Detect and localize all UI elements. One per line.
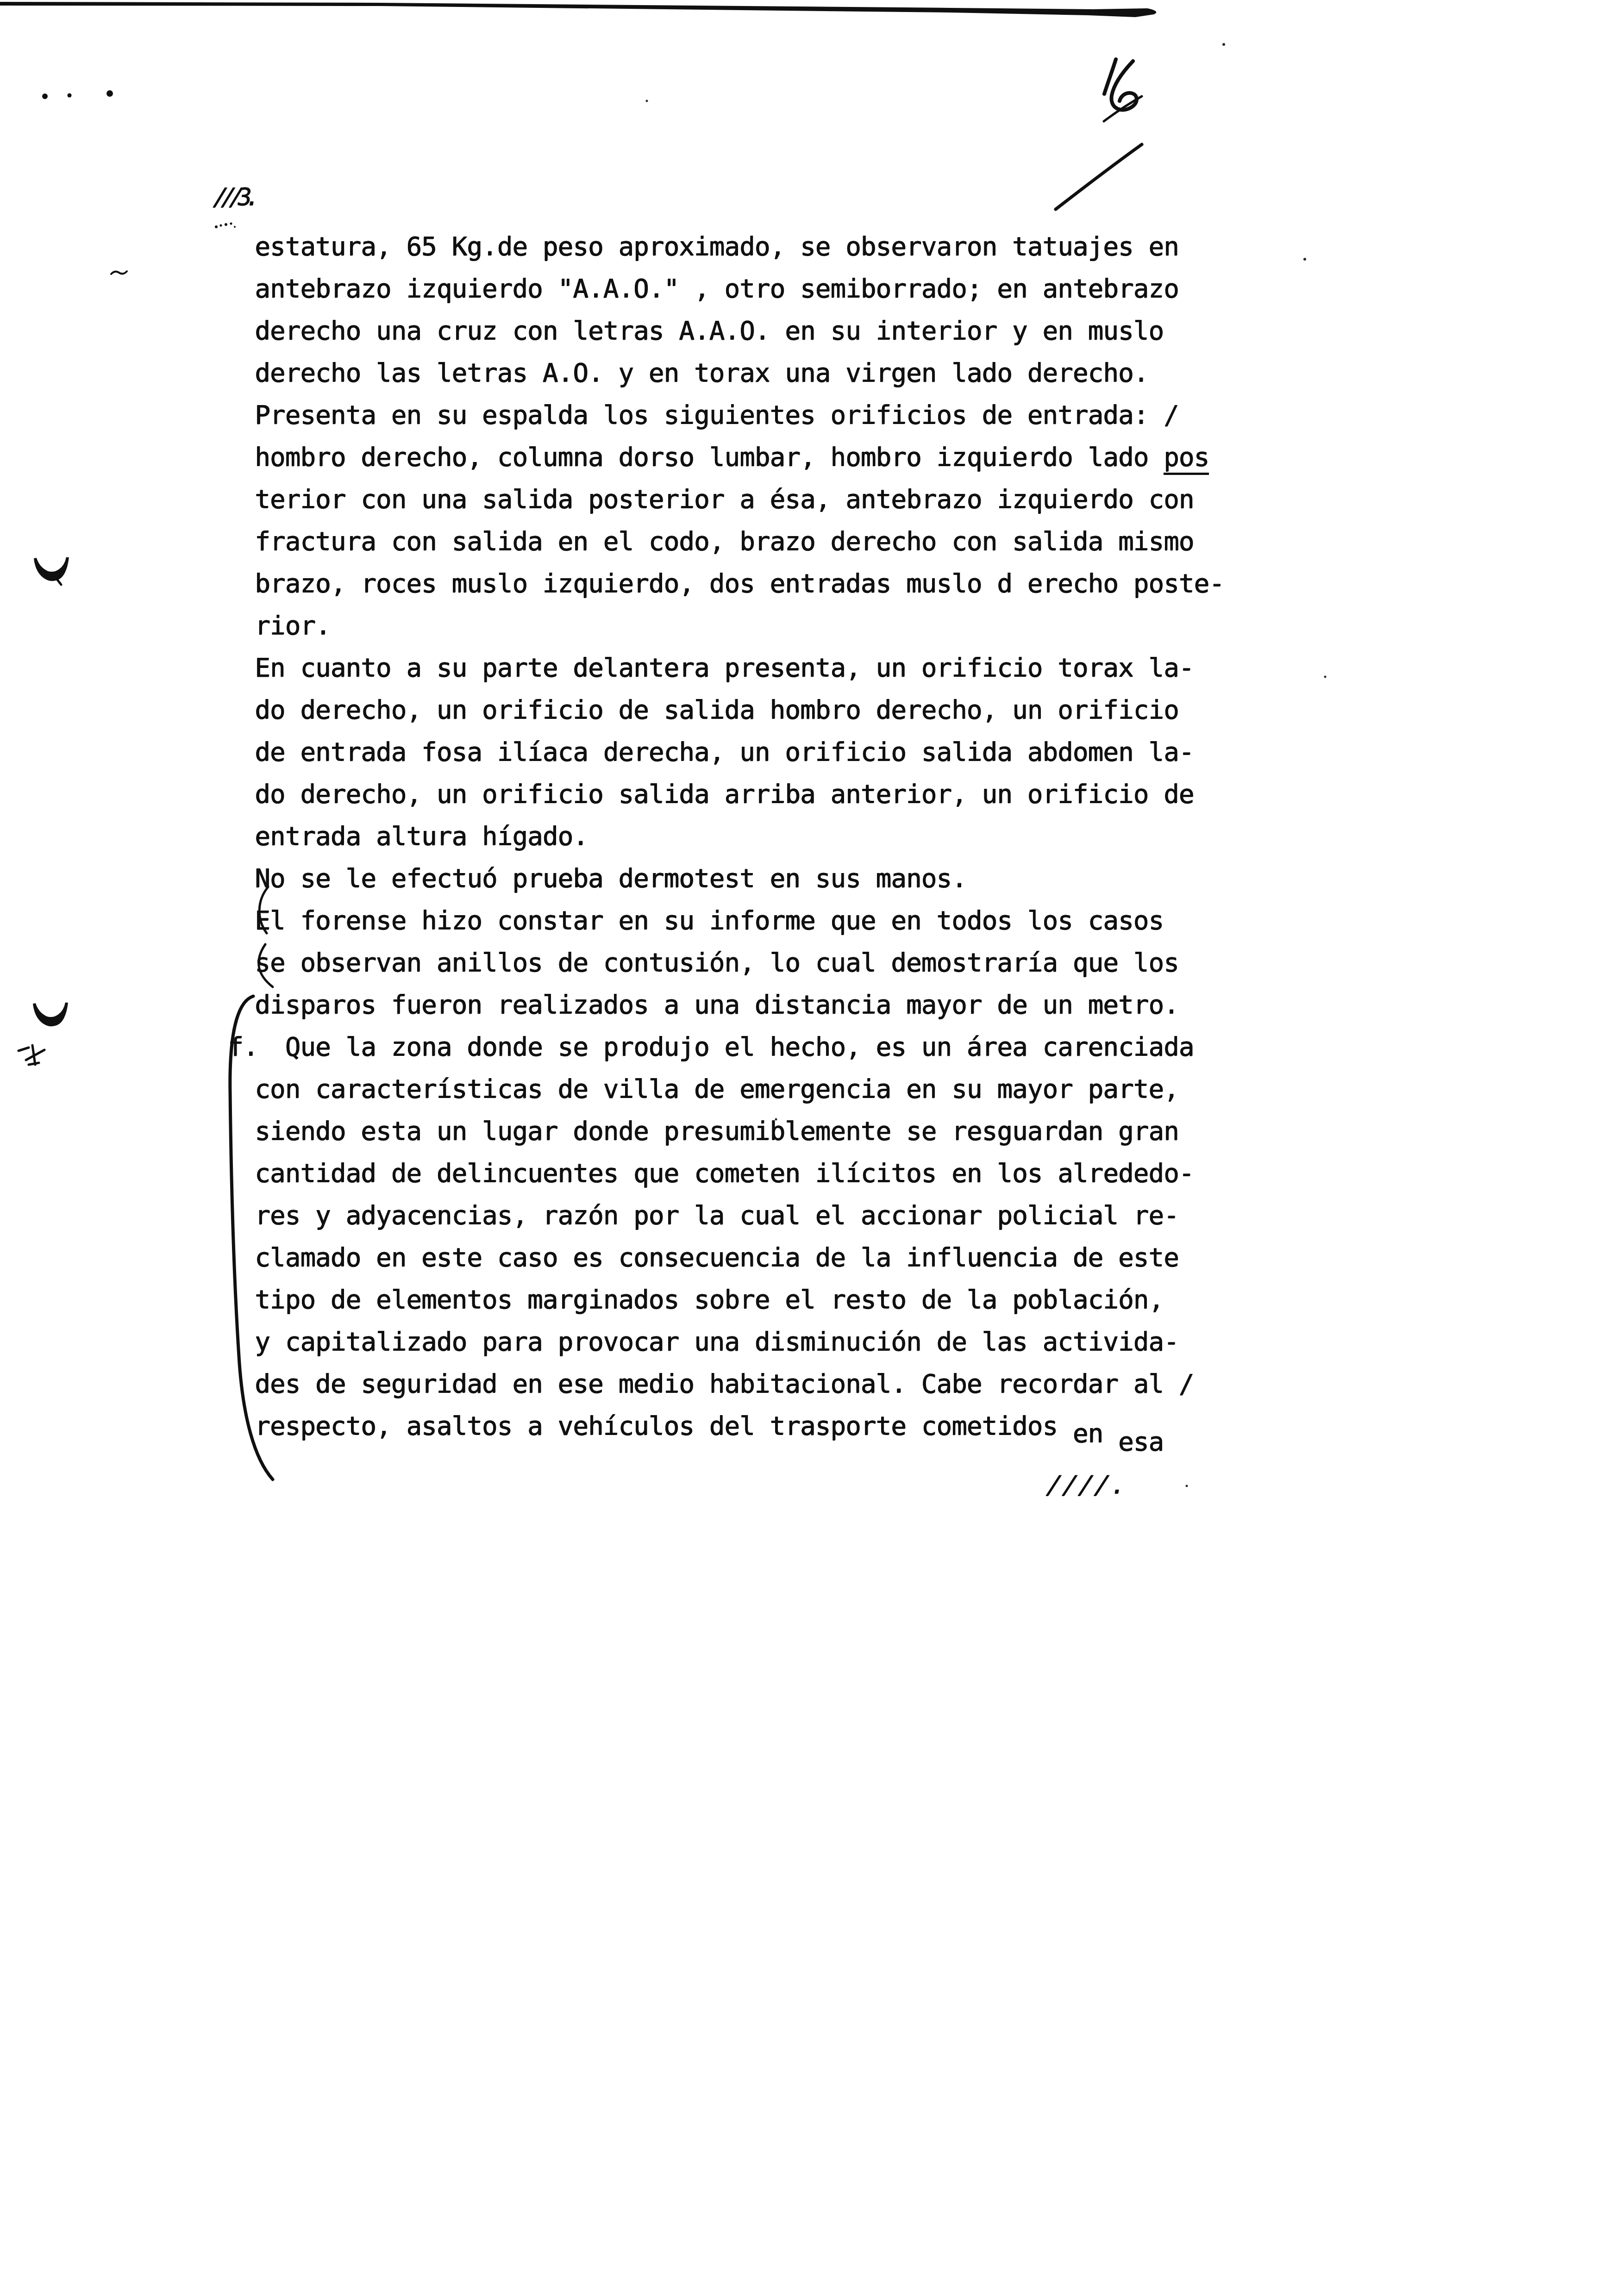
footer-continuation-marker: ////.	[1044, 1470, 1129, 1499]
text-segment: derecho una cruz con letras A.A.O. en su…	[255, 316, 1164, 346]
text-line: do derecho, un orificio de salida hombro…	[255, 695, 1227, 737]
margin-check-upper	[35, 557, 68, 580]
text-line: rior.	[255, 611, 1227, 653]
text-segment: estatura, 65 Kg.de peso aproximado, se o…	[255, 231, 1179, 262]
text-segment: Que la zona donde se produjo el hecho, e…	[285, 1032, 1194, 1062]
body-text: estatura, 65 Kg.de peso aproximado, se o…	[255, 231, 1227, 1453]
text-segment: tipo de elementos marginados sobre el re…	[255, 1285, 1164, 1315]
text-segment: con características de villa de emergenc…	[255, 1074, 1179, 1104]
text-segment: do derecho, un orificio salida arriba an…	[255, 779, 1194, 809]
text-line: respecto, asaltos a vehículos del traspo…	[255, 1411, 1227, 1453]
text-segment: fractura con salida en el codo, brazo de…	[255, 526, 1194, 556]
text-segment: brazo, roces muslo izquierdo, dos entrad…	[255, 568, 1224, 599]
text-line: de entrada fosa ilíaca derecha, un orifi…	[255, 737, 1227, 779]
small-tilde-mark	[111, 271, 127, 274]
text-segment: cantidad de delincuentes que cometen ilí…	[255, 1158, 1194, 1188]
text-segment: No se le efectuó prueba dermotest en sus…	[255, 863, 967, 893]
text-line: cantidad de delincuentes que cometen ilí…	[255, 1158, 1227, 1200]
text-segment: y capitalizado para provocar una disminu…	[255, 1327, 1179, 1357]
text-line: tipo de elementos marginados sobre el re…	[255, 1285, 1227, 1327]
text-line: estatura, 65 Kg.de peso aproximado, se o…	[255, 231, 1227, 274]
diagonal-slash	[1056, 144, 1142, 209]
text-line: disparos fueron realizados a una distanc…	[255, 990, 1227, 1032]
text-segment: rior.	[255, 611, 331, 641]
text-line: hombro derecho, columna dorso lumbar, ho…	[255, 442, 1227, 484]
top-scan-bar	[0, 2, 1156, 17]
text-line: y capitalizado para provocar una disminu…	[255, 1327, 1227, 1369]
margin-check-lower	[34, 1003, 67, 1025]
text-line: Presenta en su espalda los siguientes or…	[255, 400, 1227, 442]
text-line: brazo, roces muslo izquierdo, dos entrad…	[255, 568, 1227, 611]
text-segment: pos	[1164, 442, 1209, 475]
text-segment: terior con una salida posterior a ésa, a…	[255, 484, 1194, 514]
text-line: se observan anillos de contusión, lo cua…	[255, 948, 1227, 990]
scanned-document-page: ///3. estatura, 65 Kg.de peso aproximado…	[0, 0, 1615, 2296]
text-segment: antebrazo izquierdo "A.A.O." , otro semi…	[255, 274, 1179, 304]
text-segment: disparos fueron realizados a una distanc…	[255, 990, 1179, 1020]
text-segment: esa	[1118, 1427, 1164, 1457]
text-segment: do derecho, un orificio de salida hombro…	[255, 695, 1179, 725]
text-segment: respecto, asaltos a vehículos del traspo…	[255, 1411, 1073, 1441]
text-segment: entrada altura hígado.	[255, 821, 588, 851]
text-line: fractura con salida en el codo, brazo de…	[255, 526, 1227, 568]
text-segment: siendo esta un lugar donde presumiblemen…	[255, 1116, 1179, 1146]
text-line: En cuanto a su parte delantera presenta,…	[255, 653, 1227, 695]
margin-check-upper-tail	[56, 579, 61, 585]
text-line: clamado en este caso es consecuencia de …	[255, 1242, 1227, 1285]
margin-scratch	[19, 1045, 44, 1065]
text-line: siendo esta un lugar donde presumiblemen…	[255, 1116, 1227, 1158]
text-line: f.Que la zona donde se produjo el hecho,…	[255, 1032, 1227, 1074]
text-segment: se observan anillos de contusión, lo cua…	[255, 948, 1179, 978]
text-line: derecho una cruz con letras A.A.O. en su…	[255, 316, 1227, 358]
text-line: do derecho, un orificio salida arriba an…	[255, 779, 1227, 821]
text-segment: de entrada fosa ilíaca derecha, un orifi…	[255, 737, 1194, 767]
ink-dots	[42, 90, 113, 99]
text-segment: En cuanto a su parte delantera presenta,…	[255, 653, 1194, 683]
text-line: con características de villa de emergenc…	[255, 1074, 1227, 1116]
text-segment: El forense hizo constar en su informe qu…	[255, 905, 1164, 936]
text-segment: derecho las letras A.O. y en torax una v…	[255, 358, 1148, 388]
text-segment: des de seguridad en ese medio habitacion…	[255, 1369, 1194, 1399]
text-line: El forense hizo constar en su informe qu…	[255, 905, 1227, 948]
text-segment: hombro derecho, columna dorso lumbar, ho…	[255, 442, 1164, 472]
page-continuation-marker: ///3.	[211, 183, 255, 211]
text-line: No se le efectuó prueba dermotest en sus…	[255, 863, 1227, 905]
text-line: derecho las letras A.O. y en torax una v…	[255, 358, 1227, 400]
text-segment: Presenta en su espalda los siguientes or…	[255, 400, 1179, 430]
text-line: antebrazo izquierdo "A.A.O." , otro semi…	[255, 274, 1227, 316]
item-marker: f.	[228, 1032, 258, 1062]
text-segment: clamado en este caso es consecuencia de …	[255, 1242, 1179, 1273]
text-line: terior con una salida posterior a ésa, a…	[255, 484, 1227, 526]
text-line: des de seguridad en ese medio habitacion…	[255, 1369, 1227, 1411]
handwritten-page-number	[1104, 59, 1142, 121]
text-line: res y adyacencias, razón por la cual el …	[255, 1200, 1227, 1242]
text-segment: en	[1073, 1418, 1118, 1448]
text-line: entrada altura hígado.	[255, 821, 1227, 863]
header-dotted-mark	[215, 223, 236, 229]
text-segment: res y adyacencias, razón por la cual el …	[255, 1200, 1179, 1230]
